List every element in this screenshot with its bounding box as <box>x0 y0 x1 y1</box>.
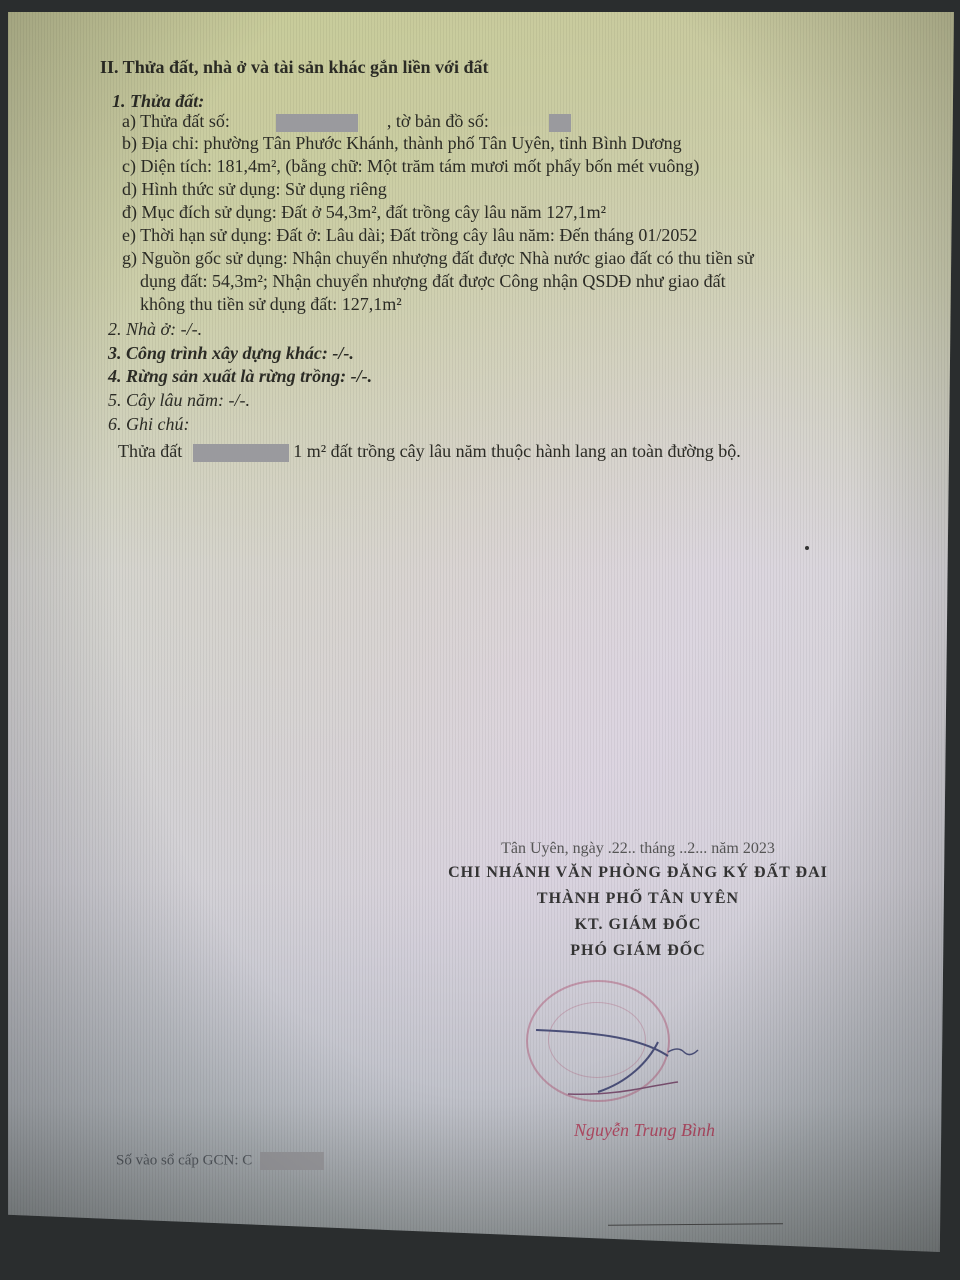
parcel-number-row: a) Thửa đất số: , tờ bản đồ số: <box>122 110 571 132</box>
address-row: b) Địa chỉ: phường Tân Phước Khánh, thàn… <box>122 132 682 154</box>
signature-block: Tân Uyên, ngày .22.. tháng ..2... năm 20… <box>388 838 888 964</box>
production-forest-row: 4. Rừng sản xuất là rừng trồng: -/-. <box>108 365 372 387</box>
register-number-row: Số vào sổ cấp GCN: C <box>116 1152 324 1170</box>
use-form-row: d) Hình thức sử dụng: Sử dụng riêng <box>122 178 387 200</box>
issue-date: Tân Uyên, ngày .22.. tháng ..2... năm 20… <box>388 838 888 860</box>
notes-heading: 6. Ghi chú: <box>108 413 189 435</box>
issuing-office-line-1: CHI NHÁNH VĂN PHÒNG ĐĂNG KÝ ĐẤT ĐAI <box>388 860 888 886</box>
map-sheet-redacted <box>549 114 571 132</box>
other-construction-row: 3. Công trình xây dựng khác: -/-. <box>108 342 354 364</box>
house-row: 2. Nhà ở: -/-. <box>108 318 202 340</box>
origin-row-2: dụng đất: 54,3m²; Nhận chuyển nhượng đất… <box>140 270 726 292</box>
note-suffix: 1 m² đất trồng cây lâu năm thuộc hành la… <box>293 441 741 461</box>
perennial-trees-row: 5. Cây lâu năm: -/-. <box>108 389 250 411</box>
issuing-office-line-2: THÀNH PHỐ TÂN UYÊN <box>388 886 888 912</box>
parcel-label: a) Thửa đất số: <box>122 111 230 131</box>
signer-title-line-1: KT. GIÁM ĐỐC <box>388 912 888 938</box>
signer-name: Nguyễn Trung Bình <box>574 1120 715 1141</box>
register-label: Số vào sổ cấp GCN: C <box>116 1152 252 1168</box>
note-row: Thửa đất 1 m² đất trồng cây lâu năm thuộ… <box>118 440 741 462</box>
register-number-redacted <box>260 1152 324 1170</box>
use-term-row: e) Thời hạn sử dụng: Đất ở: Lâu dài; Đất… <box>122 224 697 246</box>
note-prefix: Thửa đất <box>118 441 182 461</box>
land-heading: 1. Thửa đất: <box>112 90 204 112</box>
use-purpose-row: đ) Mục đích sử dụng: Đất ở 54,3m², đất t… <box>122 201 606 223</box>
map-sheet-label: , tờ bản đồ số: <box>387 111 489 131</box>
note-redacted <box>193 444 289 462</box>
signer-title-line-2: PHÓ GIÁM ĐỐC <box>388 938 888 964</box>
ink-speck <box>805 546 809 550</box>
origin-row-1: g) Nguồn gốc sử dụng: Nhận chuyển nhượng… <box>122 247 754 269</box>
area-row: c) Diện tích: 181,4m², (bằng chữ: Một tr… <box>122 155 699 177</box>
paper-crease-line <box>608 1223 783 1226</box>
parcel-number-redacted <box>276 114 358 132</box>
section-title: II. Thửa đất, nhà ở và tài sản khác gắn … <box>100 56 489 78</box>
origin-row-3: không thu tiền sử dụng đất: 127,1m² <box>140 293 402 315</box>
document-page: II. Thửa đất, nhà ở và tài sản khác gắn … <box>8 12 954 1252</box>
handwritten-signature-icon <box>528 1022 728 1102</box>
